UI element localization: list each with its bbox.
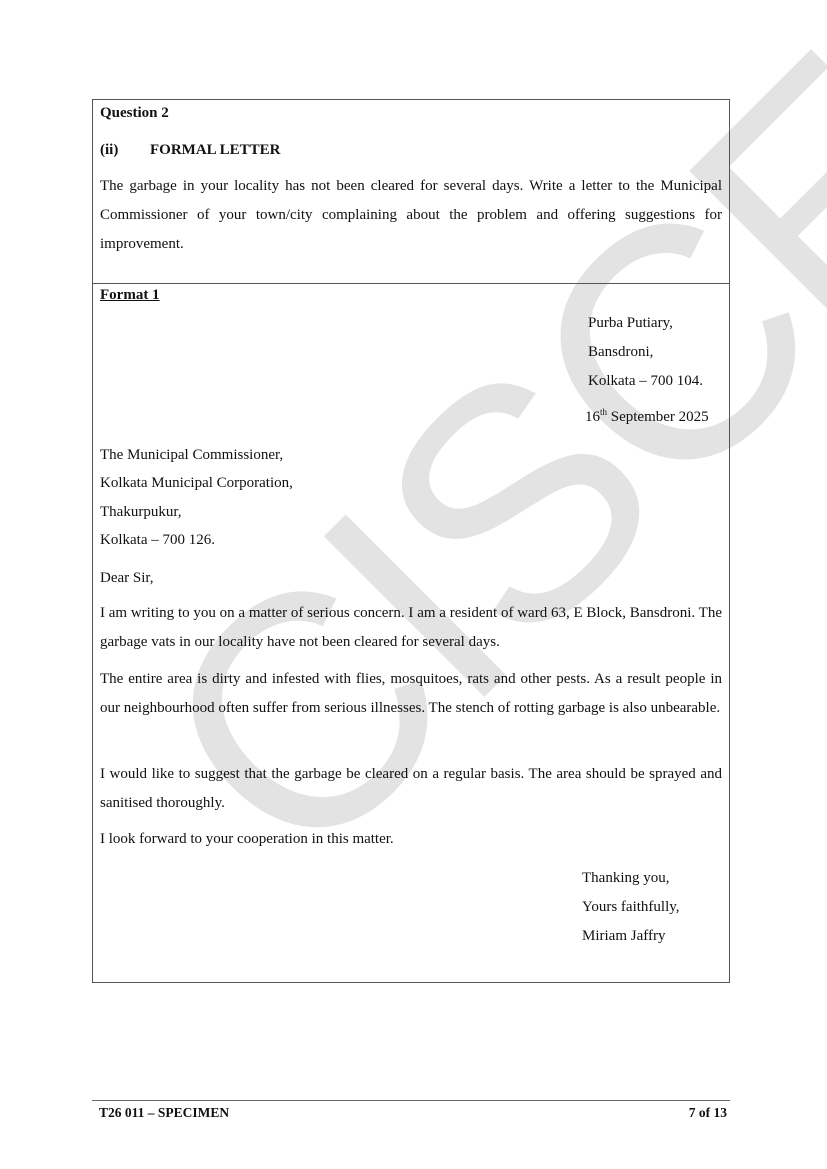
date-rest: September 2025: [607, 409, 709, 425]
closing-line: Thanking you,: [582, 869, 670, 887]
question-box: Question 2 (ii) FORMAL LETTER The garbag…: [92, 99, 730, 284]
body-paragraph: I would like to suggest that the garbage…: [100, 760, 722, 818]
signature-name: Miriam Jaffry: [582, 927, 665, 945]
question-prompt: The garbage in your locality has not bee…: [100, 172, 722, 259]
format-label: Format 1: [100, 286, 160, 304]
sender-address-line: Purba Putiary,: [588, 314, 673, 332]
sender-address-line: Kolkata – 700 104.: [588, 372, 703, 390]
receiver-address-line: Thakurpukur,: [100, 503, 181, 521]
body-paragraph: I look forward to your cooperation in th…: [100, 825, 722, 854]
date-suffix: th: [600, 407, 607, 417]
question-number: Question 2: [100, 104, 169, 122]
answer-box: Format 1 Purba Putiary, Bansdroni, Kolka…: [92, 283, 730, 983]
question-type: FORMAL LETTER: [150, 141, 280, 159]
receiver-address-line: Kolkata Municipal Corporation,: [100, 474, 293, 492]
salutation: Dear Sir,: [100, 569, 154, 587]
body-paragraph: The entire area is dirty and infested wi…: [100, 665, 722, 723]
letter-date: 16th September 2025: [585, 408, 709, 426]
receiver-address-line: Kolkata – 700 126.: [100, 531, 215, 549]
date-day: 16: [585, 409, 600, 425]
page-number: 7 of 13: [689, 1105, 727, 1121]
question-part: (ii): [100, 141, 118, 159]
footer-code: T26 011 – SPECIMEN: [99, 1105, 229, 1121]
closing-line: Yours faithfully,: [582, 898, 680, 916]
footer-divider: [92, 1100, 730, 1101]
receiver-address-line: The Municipal Commissioner,: [100, 446, 283, 464]
sender-address-line: Bansdroni,: [588, 343, 653, 361]
body-paragraph: I am writing to you on a matter of serio…: [100, 599, 722, 657]
